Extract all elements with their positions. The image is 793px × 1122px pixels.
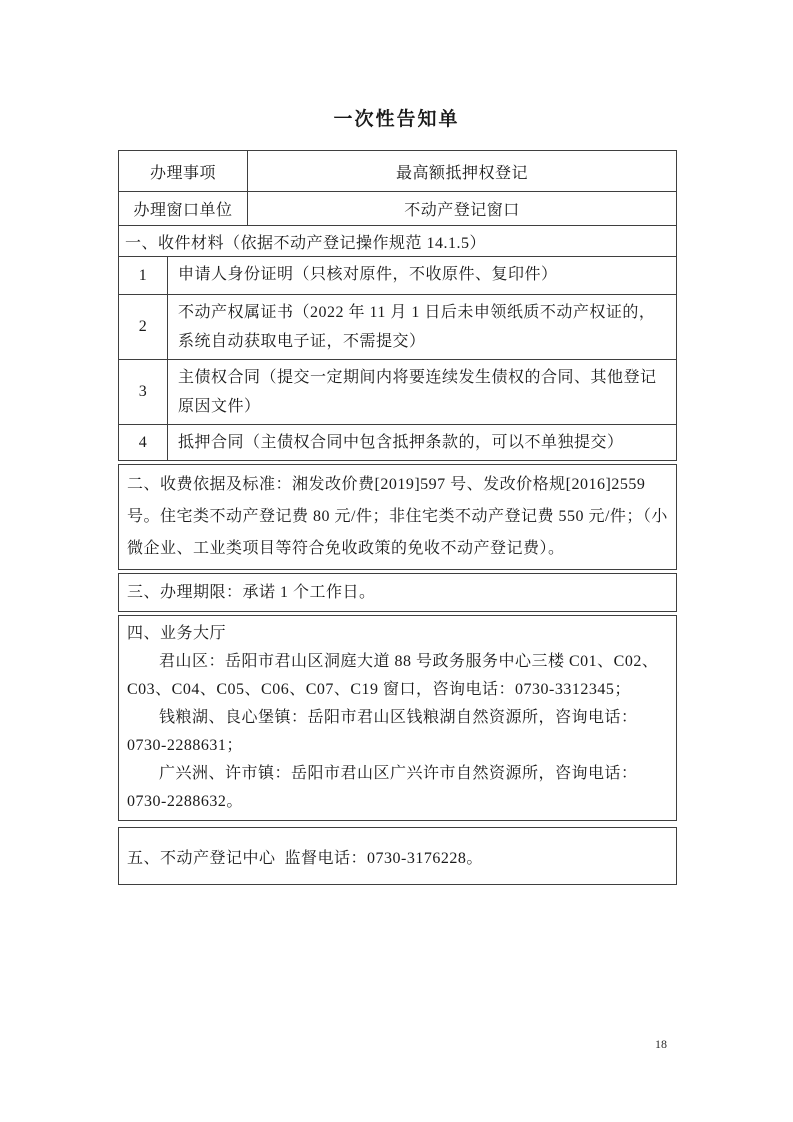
table-row-matter: 办理事项 最高额抵押权登记 xyxy=(119,151,676,192)
window-unit-value: 不动产登记窗口 xyxy=(248,192,676,225)
service-hall-heading: 四、业务大厅 xyxy=(127,620,668,648)
material-4-text: 抵押合同（主债权合同中包含抵押条款的，可以不单独提交） xyxy=(168,425,676,460)
service-hall-section: 四、业务大厅 君山区：岳阳市君山区洞庭大道 88 号政务服务中心三楼 C01、C… xyxy=(119,616,676,820)
matter-value: 最高额抵押权登记 xyxy=(248,151,676,191)
notification-table: 办理事项 最高额抵押权登记 办理窗口单位 不动产登记窗口 一、收件材料（依据不动… xyxy=(118,150,677,888)
page-title: 一次性告知单 xyxy=(0,104,793,131)
material-1-number: 1 xyxy=(119,257,168,294)
fees-block: 二、收费依据及标准：湘发改价费[2019]597 号、发改价格规[2016]25… xyxy=(118,464,677,570)
service-hall-paragraph-qianlianghu: 钱粮湖、良心堡镇：岳阳市君山区钱粮湖自然资源所，咨询电话：0730-228863… xyxy=(127,704,668,760)
main-table-block: 办理事项 最高额抵押权登记 办理窗口单位 不动产登记窗口 一、收件材料（依据不动… xyxy=(118,150,677,461)
material-1-text: 申请人身份证明（只核对原件，不收原件、复印件） xyxy=(168,257,676,294)
registration-center-text: 五、不动产登记中心 监督电话：0730-3176228。 xyxy=(119,828,676,884)
service-hall-paragraph-junshan: 君山区：岳阳市君山区洞庭大道 88 号政务服务中心三楼 C01、C02、C03、… xyxy=(127,648,668,704)
fees-text: 二、收费依据及标准：湘发改价费[2019]597 号、发改价格规[2016]25… xyxy=(119,465,676,569)
material-2-text: 不动产权属证书（2022 年 11 月 1 日后未申领纸质不动产权证的，系统自动… xyxy=(168,295,676,359)
service-hall-block: 四、业务大厅 君山区：岳阳市君山区洞庭大道 88 号政务服务中心三楼 C01、C… xyxy=(118,615,677,821)
window-unit-label: 办理窗口单位 xyxy=(119,192,248,225)
material-3-text: 主债权合同（提交一定期间内将要连续发生债权的合同、其他登记原因文件） xyxy=(168,360,676,424)
material-4-number: 4 xyxy=(119,425,168,460)
table-row-material-1: 1 申请人身份证明（只核对原件，不收原件、复印件） xyxy=(119,257,676,295)
document-page: 一次性告知单 办理事项 最高额抵押权登记 办理窗口单位 不动产登记窗口 一、收件… xyxy=(0,0,793,1122)
table-row-material-4: 4 抵押合同（主债权合同中包含抵押条款的，可以不单独提交） xyxy=(119,425,676,460)
registration-center-block: 五、不动产登记中心 监督电话：0730-3176228。 xyxy=(118,827,677,885)
table-row-material-3: 3 主债权合同（提交一定期间内将要连续发生债权的合同、其他登记原因文件） xyxy=(119,360,676,425)
service-hall-paragraph-guangxingzhou: 广兴洲、许市镇：岳阳市君山区广兴许市自然资源所，咨询电话：0730-228863… xyxy=(127,760,668,816)
material-2-number: 2 xyxy=(119,295,168,359)
matter-label: 办理事项 xyxy=(119,151,248,191)
page-number: 18 xyxy=(655,1037,667,1052)
table-row-materials-heading: 一、收件材料（依据不动产登记操作规范 14.1.5） xyxy=(119,226,676,257)
material-3-number: 3 xyxy=(119,360,168,424)
table-row-window-unit: 办理窗口单位 不动产登记窗口 xyxy=(119,192,676,226)
table-row-material-2: 2 不动产权属证书（2022 年 11 月 1 日后未申领纸质不动产权证的，系统… xyxy=(119,295,676,360)
deadline-block: 三、办理期限：承诺 1 个工作日。 xyxy=(118,573,677,612)
materials-heading: 一、收件材料（依据不动产登记操作规范 14.1.5） xyxy=(119,226,676,256)
deadline-text: 三、办理期限：承诺 1 个工作日。 xyxy=(119,574,676,611)
